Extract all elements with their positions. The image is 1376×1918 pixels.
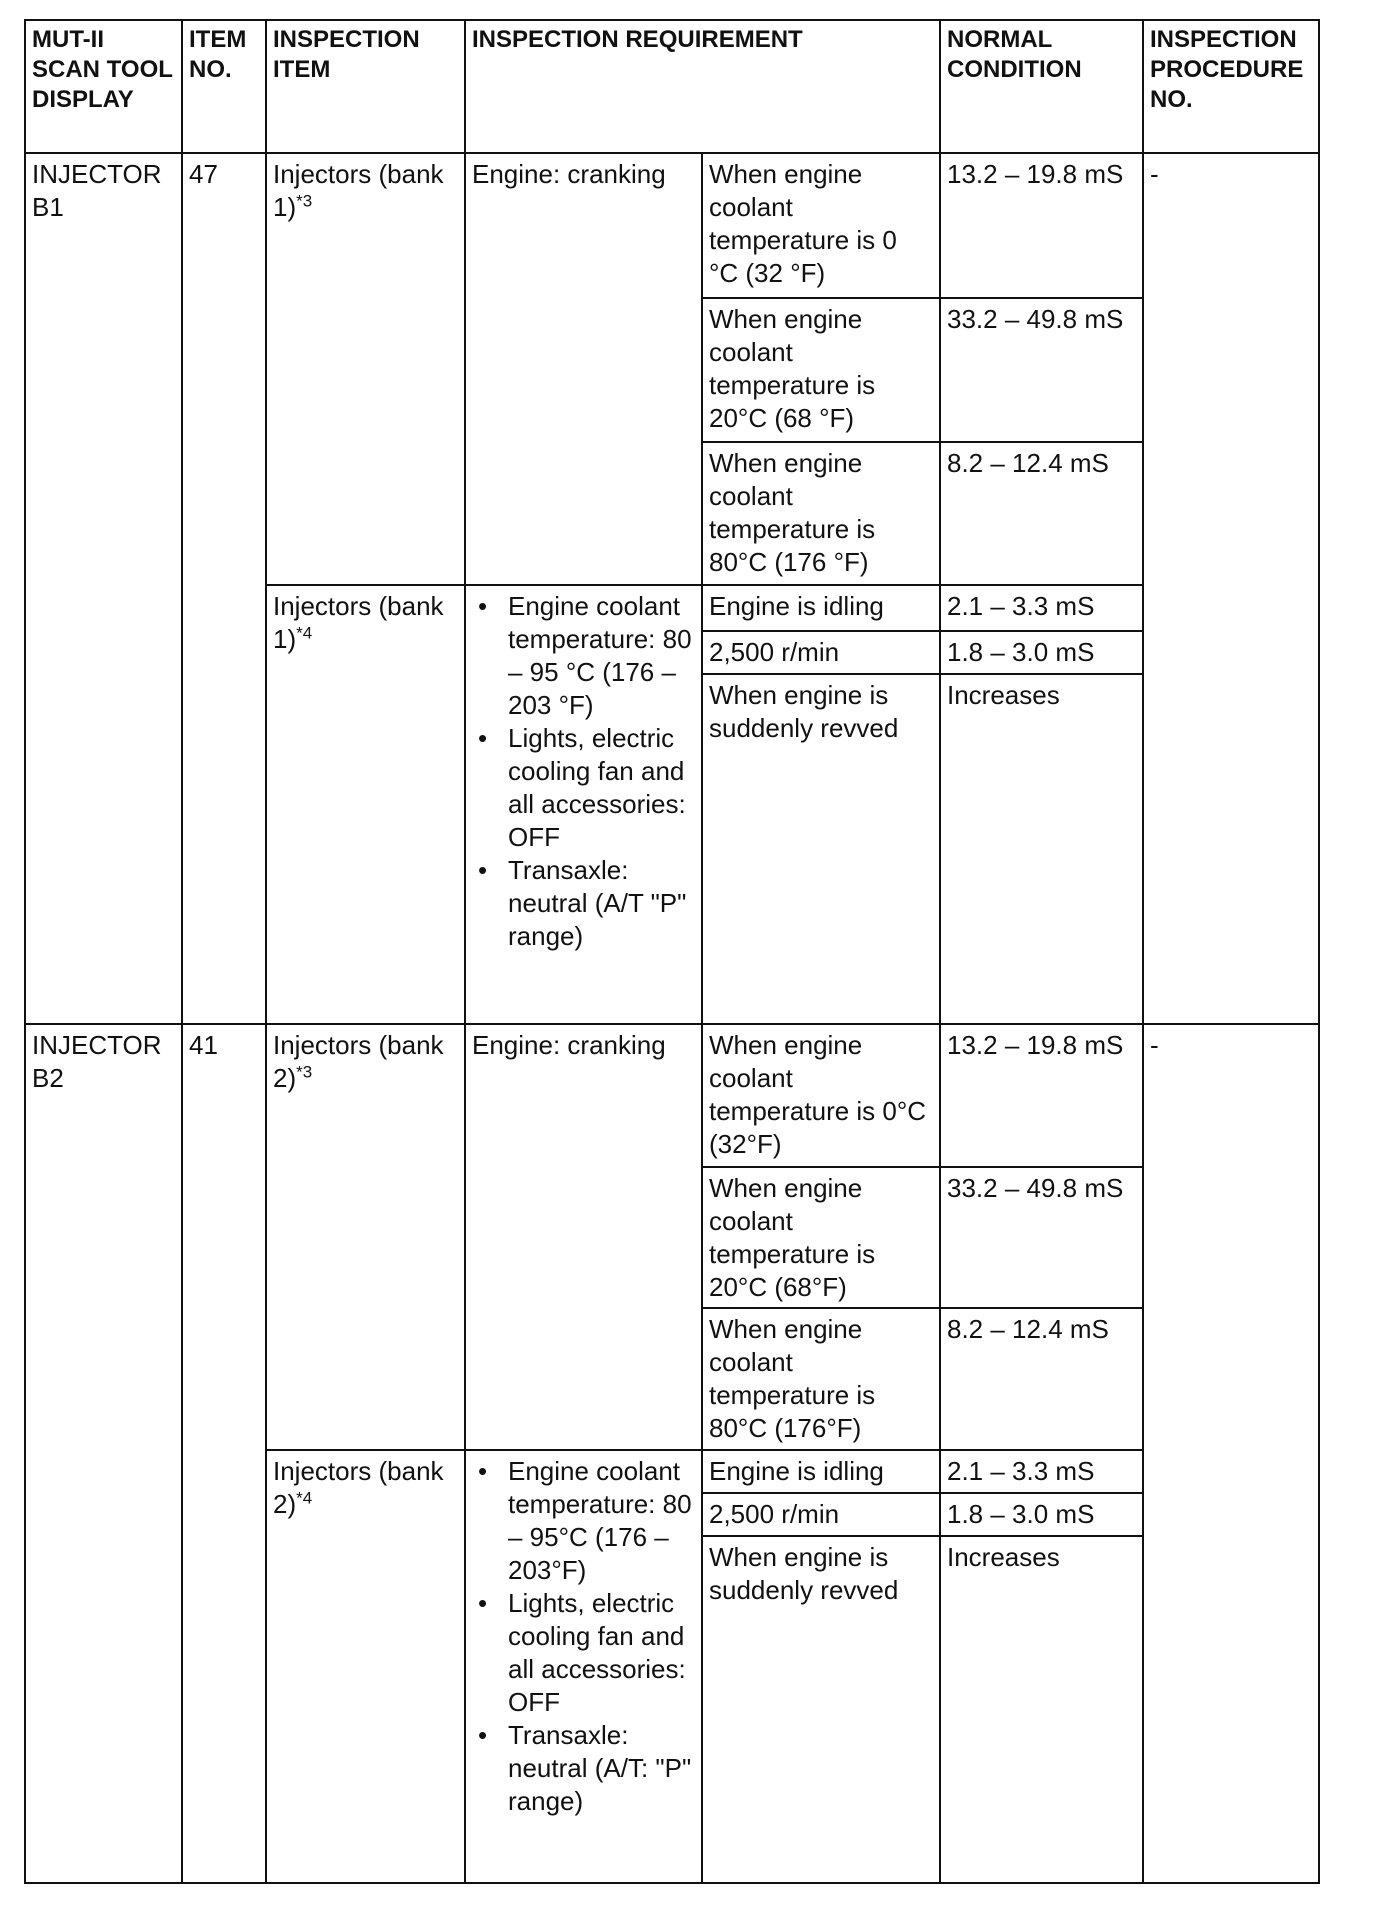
condition-text: Engine is idling — [709, 1456, 884, 1486]
requirement-text: Engine: cranking — [472, 159, 666, 189]
requirement-cranking: Engine: cranking — [464, 1023, 703, 1451]
requirement-cranking: Engine: cranking — [464, 152, 703, 586]
normal-condition-cell: 33.2 – 49.8 mS — [939, 1166, 1144, 1309]
item-no-cell: 41 — [181, 1023, 267, 1884]
normal-value: 13.2 – 19.8 mS — [947, 159, 1123, 189]
normal-condition-cell: Increases — [939, 673, 1144, 1025]
normal-value: Increases — [947, 1542, 1060, 1572]
footnote-ref: *3 — [296, 191, 312, 210]
condition-text: When engine is suddenly revved — [709, 1542, 898, 1605]
condition-cell: When engine coolant temperature is 80°C … — [701, 441, 941, 586]
condition-cell: When engine coolant temperature is 0°C (… — [701, 1023, 941, 1168]
inspection-item-running: Injectors (bank 2)*4 — [265, 1449, 466, 1884]
item-no: 41 — [189, 1030, 218, 1060]
header-procedure: INSPECTION PROCEDURE NO. — [1142, 19, 1320, 154]
condition-text: 2,500 r/min — [709, 637, 839, 667]
condition-cell: Engine is idling — [701, 1449, 941, 1494]
condition-cell: When engine coolant temperature is 0 °C … — [701, 152, 941, 299]
procedure-no-cell: - — [1142, 1023, 1320, 1884]
normal-condition-cell: 1.8 – 3.0 mS — [939, 630, 1144, 675]
inspection-item-running: Injectors (bank 1)*4 — [265, 584, 466, 1025]
normal-value: 33.2 – 49.8 mS — [947, 1173, 1123, 1203]
header-inspection-item: INSPECTION ITEM — [265, 19, 466, 154]
normal-value: 2.1 – 3.3 mS — [947, 591, 1094, 621]
condition-text: When engine coolant temperature is 20°C … — [709, 304, 875, 433]
condition-text: When engine coolant temperature is 80°C … — [709, 448, 875, 577]
procedure-no-cell: - — [1142, 152, 1320, 1025]
item-no: 47 — [189, 159, 218, 189]
condition-text: When engine coolant temperature is 0 °C … — [709, 159, 897, 288]
condition-text: When engine coolant temperature is 0°C (… — [709, 1030, 926, 1159]
condition-cell: When engine coolant temperature is 80°C … — [701, 1307, 941, 1451]
normal-value: 1.8 – 3.0 mS — [947, 1499, 1094, 1529]
normal-condition-cell: 8.2 – 12.4 mS — [939, 1307, 1144, 1451]
normal-condition-cell: 13.2 – 19.8 mS — [939, 1023, 1144, 1168]
requirement-list: Engine coolant temperature: 80 – 95°C (1… — [472, 1455, 695, 1818]
procedure-no: - — [1150, 1030, 1159, 1060]
header-label: MUT-II SCAN TOOL DISPLAY — [32, 26, 172, 113]
header-label: INSPECTION PROCEDURE NO. — [1150, 26, 1303, 113]
requirement-item: Engine coolant temperature: 80 – 95°C (1… — [508, 1455, 695, 1587]
requirement-running: Engine coolant temperature: 80 – 95°C (1… — [464, 1449, 703, 1884]
normal-condition-cell: 2.1 – 3.3 mS — [939, 1449, 1144, 1494]
scan-tool-display: INJECTOR B2 — [32, 1030, 162, 1093]
normal-condition-cell: 33.2 – 49.8 mS — [939, 297, 1144, 443]
scan-tool-display-cell: INJECTOR B2 — [24, 1023, 183, 1884]
header-requirement: INSPECTION REQUIREMENT — [464, 19, 941, 154]
condition-cell: When engine coolant temperature is 20°C … — [701, 1166, 941, 1309]
requirement-list: Engine coolant temperature: 80 – 95 °C (… — [472, 590, 695, 953]
condition-text: Engine is idling — [709, 591, 884, 621]
requirement-running: Engine coolant temperature: 80 – 95 °C (… — [464, 584, 703, 1025]
requirement-item: Engine coolant temperature: 80 – 95 °C (… — [508, 590, 695, 722]
requirement-item: Transaxle: neutral (A/T: "P" range) — [508, 1719, 695, 1818]
header-normal: NORMAL CONDITION — [939, 19, 1144, 154]
condition-cell: Engine is idling — [701, 584, 941, 632]
footnote-ref: *3 — [296, 1062, 312, 1081]
requirement-item: Lights, electric cooling fan and all acc… — [508, 1587, 695, 1719]
normal-value: 8.2 – 12.4 mS — [947, 1314, 1109, 1344]
inspection-item-cranking: Injectors (bank 1)*3 — [265, 152, 466, 586]
header-label: NORMAL CONDITION — [947, 26, 1082, 83]
normal-value: 13.2 – 19.8 mS — [947, 1030, 1123, 1060]
normal-value: 33.2 – 49.8 mS — [947, 304, 1123, 334]
normal-value: 8.2 – 12.4 mS — [947, 448, 1109, 478]
requirement-item: Transaxle: neutral (A/T "P" range) — [508, 854, 695, 953]
requirement-text: Engine: cranking — [472, 1030, 666, 1060]
scan-tool-display: INJECTOR B1 — [32, 159, 162, 222]
footnote-ref: *4 — [296, 1488, 312, 1507]
normal-condition-cell: 8.2 – 12.4 mS — [939, 441, 1144, 586]
normal-condition-cell: Increases — [939, 1535, 1144, 1884]
condition-cell: When engine is suddenly revved — [701, 1535, 941, 1884]
header-item-no: ITEM NO. — [181, 19, 267, 154]
condition-cell: 2,500 r/min — [701, 1492, 941, 1537]
scan-tool-display-cell: INJECTOR B1 — [24, 152, 183, 1025]
inspection-item-cranking: Injectors (bank 2)*3 — [265, 1023, 466, 1451]
condition-cell: 2,500 r/min — [701, 630, 941, 675]
header-label: ITEM NO. — [189, 26, 246, 83]
normal-condition-cell: 13.2 – 19.8 mS — [939, 152, 1144, 299]
condition-text: When engine coolant temperature is 20°C … — [709, 1173, 875, 1302]
item-no-cell: 47 — [181, 152, 267, 1025]
condition-text: 2,500 r/min — [709, 1499, 839, 1529]
header-label: INSPECTION ITEM — [273, 26, 420, 83]
normal-value: 1.8 – 3.0 mS — [947, 637, 1094, 667]
requirement-item: Lights, electric cooling fan and all acc… — [508, 722, 695, 854]
condition-text: When engine coolant temperature is 80°C … — [709, 1314, 875, 1443]
header-display: MUT-II SCAN TOOL DISPLAY — [24, 19, 183, 154]
condition-cell: When engine is suddenly revved — [701, 673, 941, 1025]
header-label: INSPECTION REQUIREMENT — [472, 26, 803, 53]
condition-text: When engine is suddenly revved — [709, 680, 898, 743]
footnote-ref: *4 — [296, 623, 312, 642]
procedure-no: - — [1150, 159, 1159, 189]
normal-condition-cell: 1.8 – 3.0 mS — [939, 1492, 1144, 1537]
condition-cell: When engine coolant temperature is 20°C … — [701, 297, 941, 443]
normal-value: Increases — [947, 680, 1060, 710]
normal-condition-cell: 2.1 – 3.3 mS — [939, 584, 1144, 632]
normal-value: 2.1 – 3.3 mS — [947, 1456, 1094, 1486]
